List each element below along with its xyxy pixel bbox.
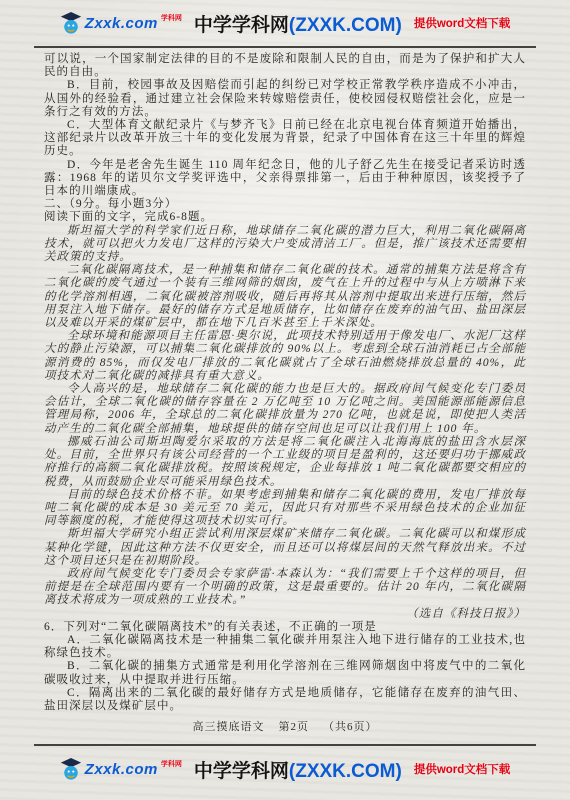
text-block: 全球环境和能源项目主任雷恩·奥尔说，此项技术特别适用于像发电厂、水泥厂这样大的静… [44, 330, 526, 383]
bottom-site-banner: Zxxk.com 学科网 中学学科网(ZXXK.COM) 提供word文档下载 [0, 746, 570, 792]
text-block: 目前的绿色技术价格不菲。如果考虑到捕集和储存二氧化碳的费用，发电厂排放每吨二氧化… [44, 489, 526, 529]
zxxk-logo-subtext: 学科网 [161, 13, 182, 23]
document-body: 可以说，一个国家制定法律的目的不是废除和限制人民的自由，而是为了保护和扩大人民的… [0, 48, 570, 713]
site-domain: (ZXXK.COM) [289, 15, 402, 36]
zxxk-logo: Zxxk.com 学科网 [60, 757, 182, 781]
footer-page-number: 第2页 [279, 718, 310, 734]
banner-tagline: 提供word文档下载 [414, 15, 510, 31]
site-name: 中学学科网 [194, 761, 289, 782]
site-title: 中学学科网(ZXXK.COM) [194, 756, 402, 783]
text-block: B．二氧化碳的捕集方式通常是利用化学溶剂在三维网筛烟囱中将废气中的二氧化碳吸收过… [44, 660, 526, 686]
text-block: 斯坦福大学研究小组正尝试利用深层煤矿来储存二氧化碳。二氧化碳可以和煤形成某种化学… [44, 528, 526, 568]
site-domain: (ZXXK.COM) [289, 761, 402, 782]
text-block: 令人高兴的是，地球储存二氧化碳的能力也是巨大的。据政府间气候变化专门委员会估计，… [44, 383, 526, 436]
text-block: D．今年是老舍先生诞生 110 周年纪念日，他的儿子舒乙先生在接受记者采访时透露… [44, 159, 526, 199]
text-block: C．大型体育文献纪录片《与梦齐飞》日前已经在北京电视台体育频道开始播出，这部纪录… [44, 119, 526, 159]
text-block: B．目前，校园事故及因赔偿而引起的纠纷已对学校正常教学秩序造成不小冲击，从国外的… [44, 79, 526, 119]
site-title: 中学学科网(ZXXK.COM) [194, 10, 402, 37]
text-block: A．二氧化碳隔离技术是一种捕集二氧化碳并用泵注入地下进行储存的工业技术,也称绿色… [44, 634, 526, 660]
zxxk-logo-text: Zxxk.com [85, 15, 158, 32]
top-site-banner: Zxxk.com 学科网 中学学科网(ZXXK.COM) 提供word文档下载 [0, 0, 570, 46]
text-block: 6．下列对“二氧化碳隔离技术”的有关表述，不正确的一项是 [44, 621, 526, 634]
text-block: 挪威石油公司斯坦陶爱尔采取的方法是将二氧化碳注入北海海底的盐田含水层深处。目前，… [44, 436, 526, 489]
zxxk-logo-subtext: 学科网 [161, 759, 182, 769]
banner-tagline: 提供word文档下载 [414, 761, 510, 777]
zxxk-logo: Zxxk.com 学科网 [60, 11, 182, 35]
text-block: 二氧化碳隔离技术，是一种捕集和储存二氧化碳的技术。通常的捕集方法是将含有二氧化碳… [44, 264, 526, 330]
footer-course-label: 高三摸底语文 [193, 718, 265, 734]
site-name: 中学学科网 [194, 15, 289, 36]
text-block: 斯坦福大学的科学家们近日称，地球储存二氧化碳的潜力巨大，利用二氧化碳隔离技术，就… [44, 225, 526, 265]
zxxk-mascot-icon [60, 757, 82, 781]
text-block: 可以说，一个国家制定法律的目的不是废除和限制人民的自由，而是为了保护和扩大人民的… [44, 53, 526, 79]
text-block: （选自《科技日报》） [44, 608, 526, 621]
text-block: 政府间气候变化专门委员会专家萨雷·本森认为：“我们需要上千个这样的项目，但前提是… [44, 568, 526, 608]
text-block: 二、（9分。每小题3分） [44, 198, 526, 211]
zxxk-mascot-icon [60, 11, 82, 35]
page-footer: 高三摸底语文 第2页 （共6页） [0, 718, 570, 734]
zxxk-logo-text: Zxxk.com [85, 761, 158, 778]
text-block: C．隔离出来的二氧化碳的最好储存方式是地质储存，它能储存在废弃的油气田、盐田深层… [44, 687, 526, 713]
text-block: 阅读下面的文字，完成6-8题。 [44, 211, 526, 224]
footer-page-total: （共6页） [323, 718, 378, 734]
scanned-exam-page: Zxxk.com 学科网 中学学科网(ZXXK.COM) 提供word文档下载 … [0, 0, 570, 800]
